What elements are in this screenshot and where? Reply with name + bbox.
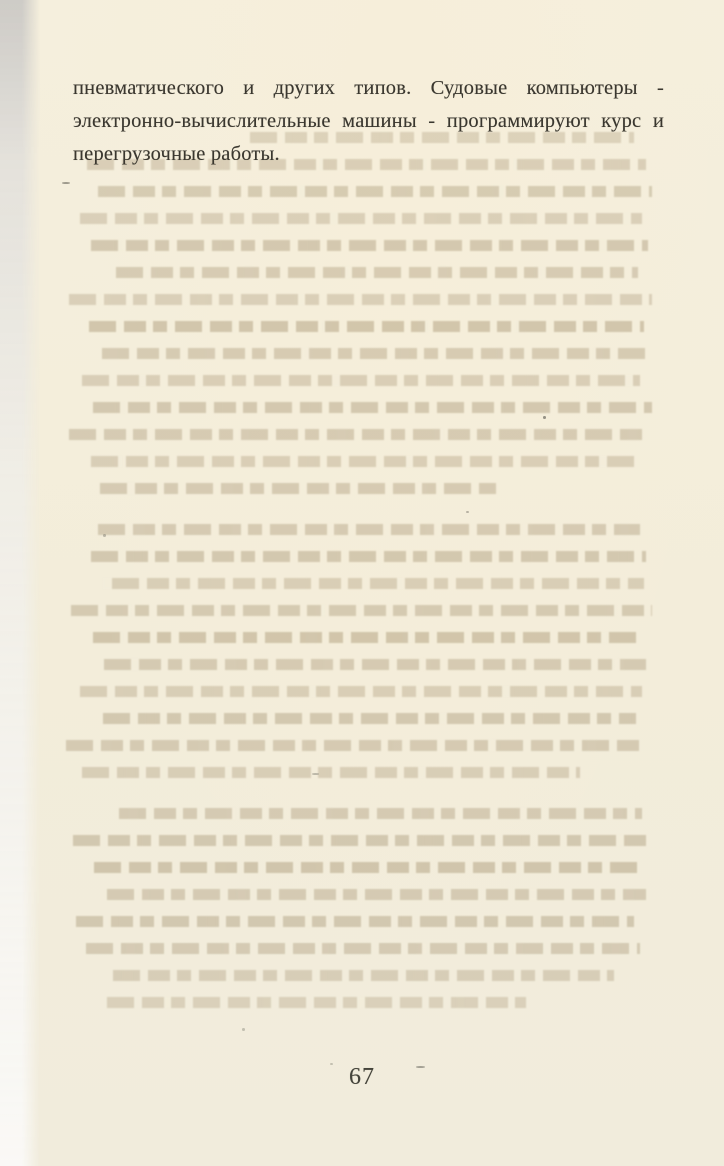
bleedthrough-line (70, 367, 640, 394)
bleedthrough-line (64, 651, 646, 678)
bleedthrough-line (84, 800, 642, 827)
bleedthrough-line (68, 313, 644, 340)
bleedthrough-line (72, 448, 636, 475)
bleedthrough-line (70, 908, 634, 935)
body-text-paragraph: пневматического и других типов. Судовые … (73, 72, 664, 171)
page-edge-shadow (0, 0, 40, 1166)
bleedthrough-line (66, 678, 642, 705)
bleedthrough-line (68, 570, 644, 597)
bleedthrough-line (70, 624, 640, 651)
ink-speck (416, 1066, 425, 1068)
ink-speck (543, 416, 546, 419)
bleedthrough-line (64, 394, 652, 421)
bleedthrough-line (64, 597, 652, 624)
ink-speck (62, 182, 70, 184)
bleedthrough-line (64, 759, 580, 786)
bleedthrough-text (64, 124, 664, 1016)
bleedthrough-line (94, 989, 526, 1016)
ink-speck (330, 1063, 333, 1065)
bleedthrough-line (64, 827, 646, 854)
bleedthrough-line (64, 286, 652, 313)
bleedthrough-line (64, 475, 496, 502)
bleedthrough-line (72, 205, 642, 232)
bleedthrough-line (64, 543, 646, 570)
ink-speck (312, 773, 319, 775)
text-line: электронно-вычислительные машины - прогр… (73, 105, 664, 138)
bleedthrough-line (64, 935, 640, 962)
bleedthrough-line (64, 732, 646, 759)
ink-speck (103, 534, 106, 537)
bleedthrough-line (64, 178, 652, 205)
bleedthrough-line (64, 340, 646, 367)
ink-speck (466, 511, 469, 513)
text-line: пневматического и других типов. Судовые … (73, 72, 664, 105)
bleedthrough-line (68, 854, 638, 881)
bleedthrough-line (74, 962, 614, 989)
scanned-book-page: пневматического и других типов. Судовые … (0, 0, 724, 1166)
text-line: перегрузочные работы. (73, 138, 664, 171)
page-number: 67 (0, 1064, 724, 1091)
bleedthrough-line (64, 881, 646, 908)
bleedthrough-line (66, 232, 648, 259)
bleedthrough-line (88, 516, 640, 543)
bleedthrough-line (72, 705, 636, 732)
ink-speck (242, 1028, 245, 1031)
bleedthrough-line (74, 259, 638, 286)
bleedthrough-line (66, 421, 642, 448)
